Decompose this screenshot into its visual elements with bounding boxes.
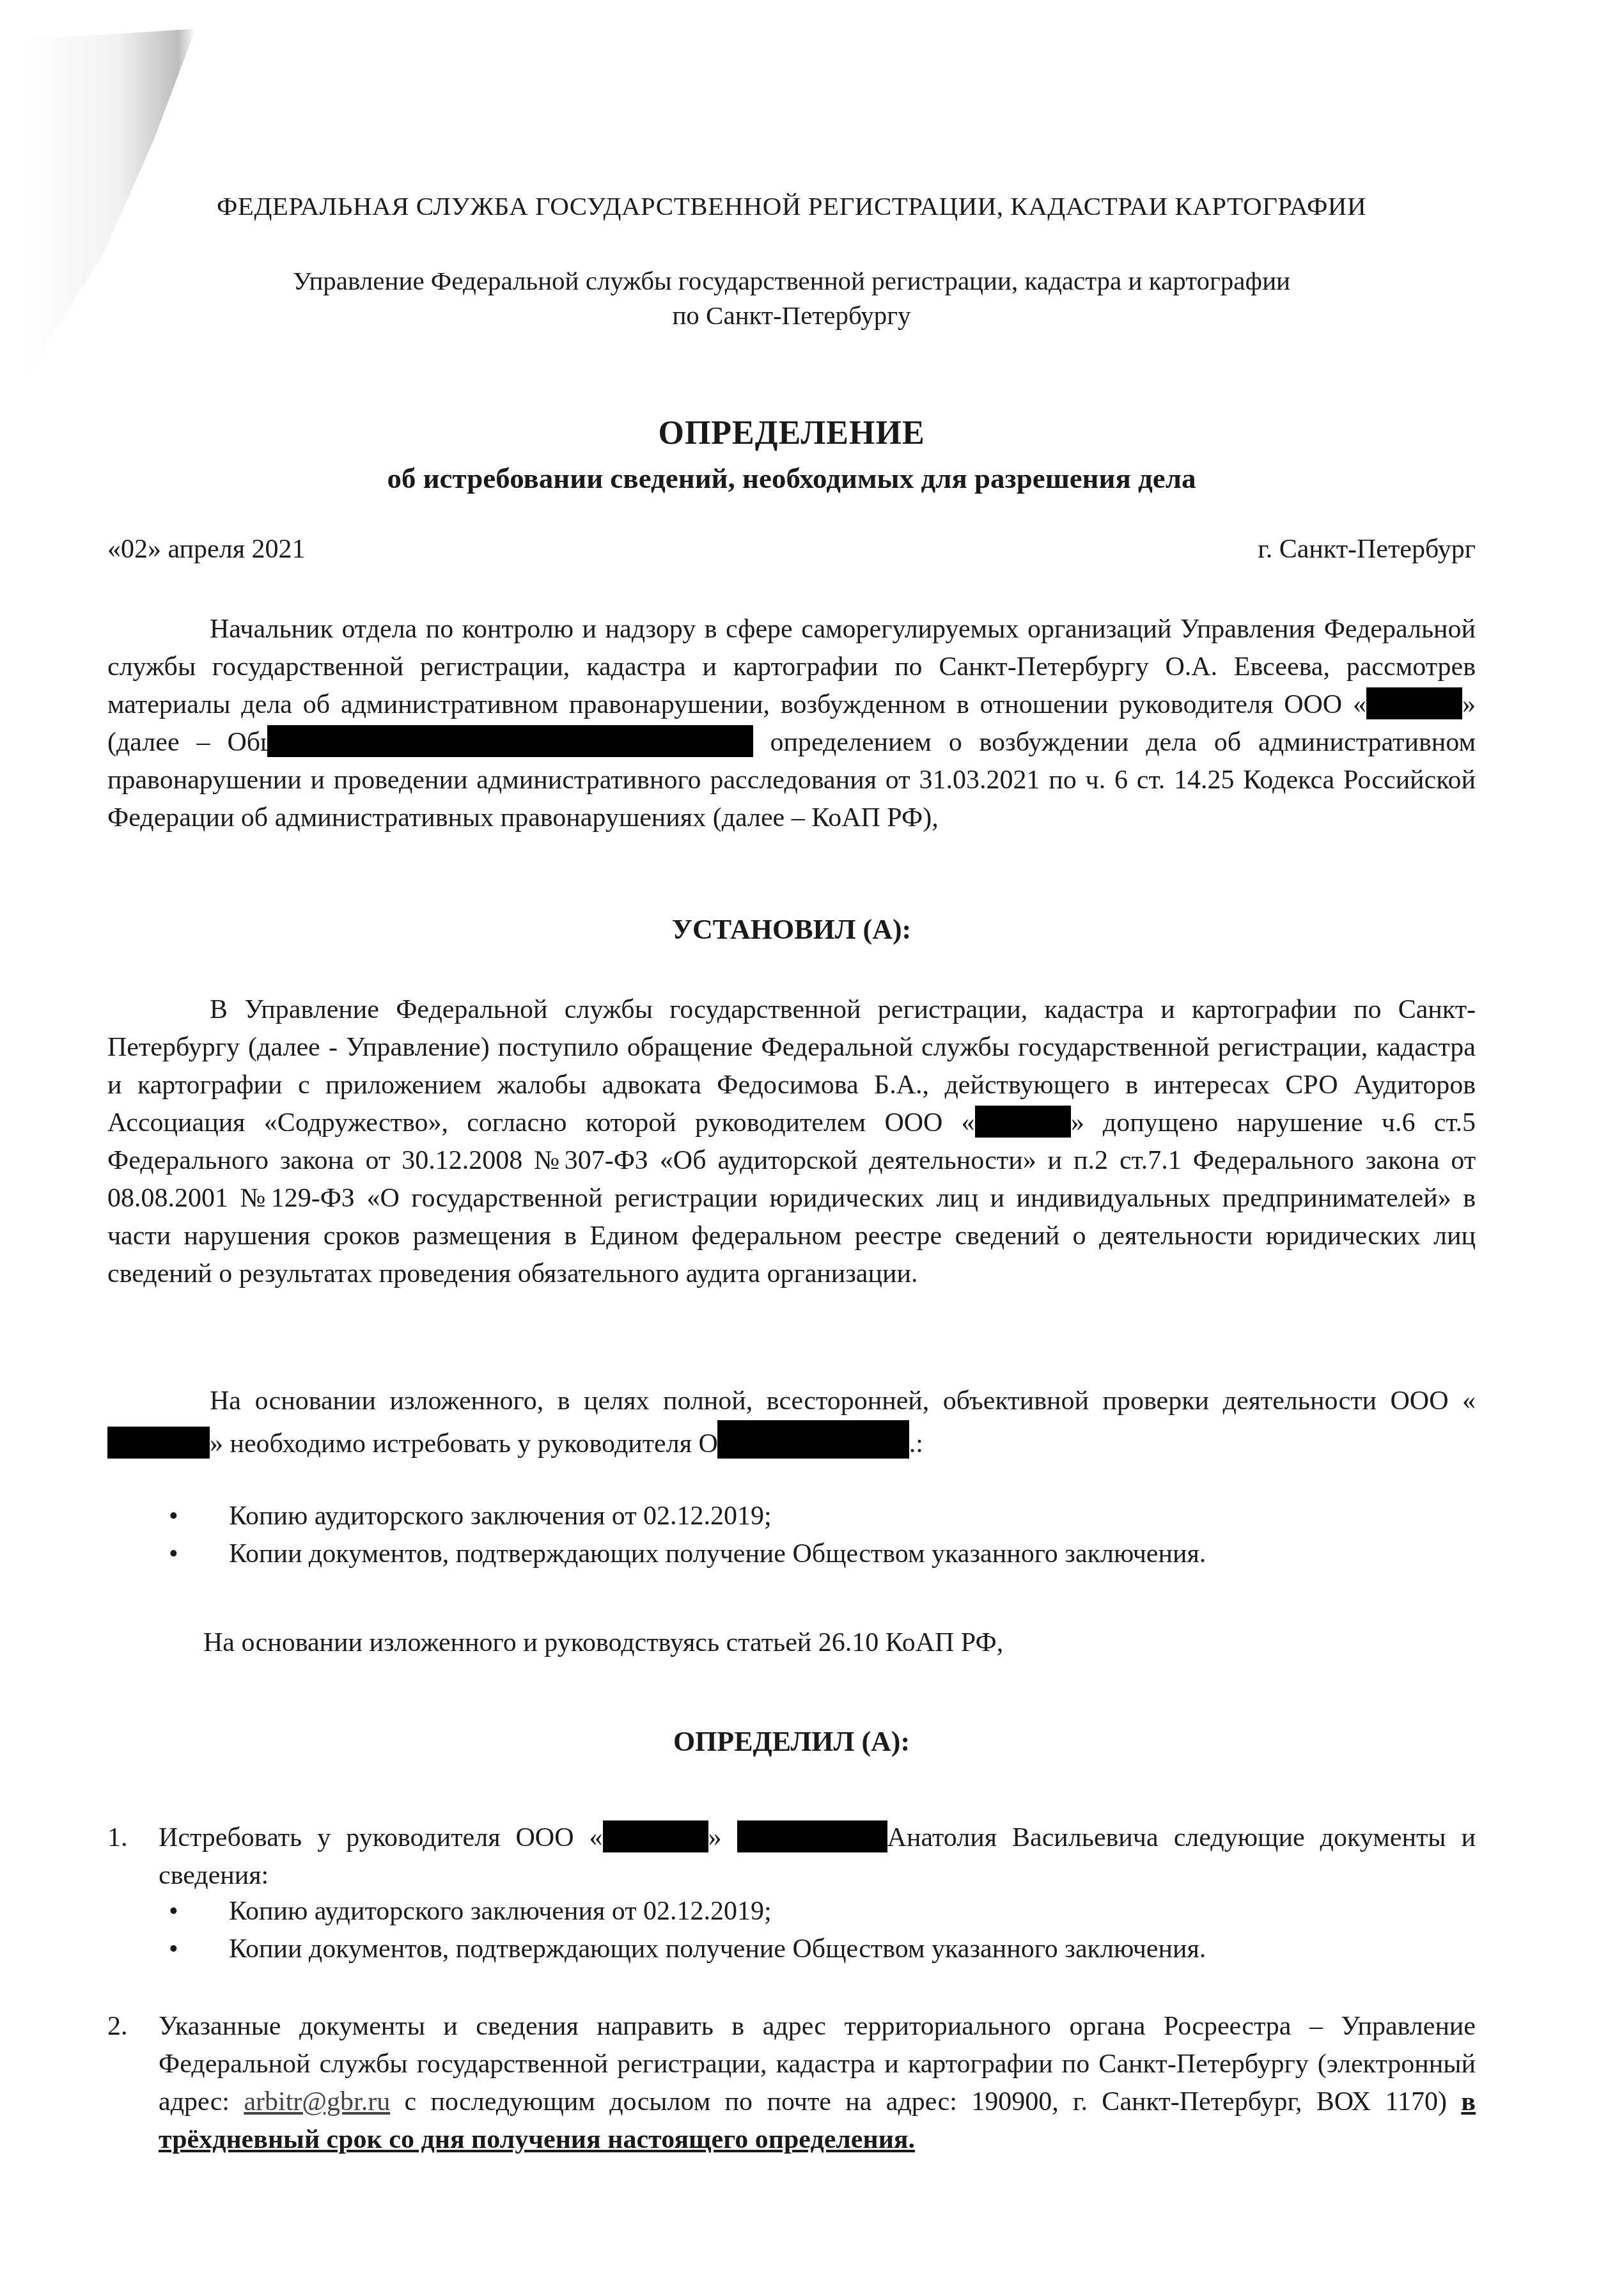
bullet-icon: • (169, 1498, 178, 1535)
redaction-block (737, 1820, 887, 1852)
redaction-block (267, 725, 753, 757)
document-subtitle: об истребовании сведений, необходимых дл… (107, 462, 1476, 495)
email-link[interactable]: arbitr@gbr.ru (244, 2087, 390, 2117)
document-title: ОПРЕДЕЛЕНИЕ (107, 414, 1476, 452)
established-paragraph-1: В Управление Федеральной службы государс… (107, 991, 1476, 1293)
redaction-block (107, 1427, 210, 1459)
item-number: 1. (107, 1819, 128, 1857)
determined-item-2: 2. Указанные документы и сведения направ… (107, 2008, 1476, 2159)
list-item-text: Копию аудиторского заключения от 02.12.2… (229, 1501, 772, 1531)
list-item-text: Копии документов, подтверждающих получен… (229, 1934, 1206, 1964)
redaction-block (717, 1420, 909, 1459)
list-item-text: Копии документов, подтверждающих получен… (229, 1539, 1206, 1569)
department-line-2: по Санкт-Петербургу (107, 298, 1476, 333)
bullet-icon: • (169, 1930, 178, 1968)
department-header: Управление Федеральной службы государств… (107, 263, 1476, 333)
requested-documents-list: •Копию аудиторского заключения от 02.12.… (107, 1498, 1476, 1573)
redaction-block (1366, 687, 1462, 719)
redaction-block (603, 1820, 708, 1852)
list-item: •Копии документов, подтверждающих получе… (107, 1930, 1476, 1968)
redaction-block (975, 1106, 1071, 1138)
document-date: «02» апреля 2021 (107, 534, 305, 565)
item-text-1: Истребовать у руководителя ООО « (159, 1823, 603, 1852)
basis-paragraph: На основании изложенного и руководствуяс… (107, 1624, 1476, 1662)
bullet-icon: • (169, 1535, 178, 1573)
established-text-3: На основании изложенного, в целях полной… (210, 1386, 1476, 1416)
item-text-2: с последующим досылом по почте на адрес:… (390, 2087, 1461, 2117)
item-body: Истребовать у руководителя ООО «» Анатол… (159, 1819, 1476, 1895)
intro-paragraph: Начальник отдела по контролю и надзору в… (107, 611, 1476, 837)
agency-header: ФЕДЕРАЛЬНАЯ СЛУЖБА ГОСУДАРСТВЕННОЙ РЕГИС… (107, 191, 1476, 221)
intro-text-1: Начальник отдела по контролю и надзору в… (107, 614, 1476, 719)
item-number: 2. (107, 2008, 128, 2046)
determined-item-1: 1. Истребовать у руководителя ООО «» Ана… (107, 1819, 1476, 1895)
section-heading-established: УСТАНОВИЛ (А): (107, 913, 1476, 946)
document-city: г. Санкт-Петербург (1258, 534, 1476, 565)
section-heading-determined: ОПРЕДЕЛИЛ (А): (107, 1725, 1476, 1758)
item-text-2: » (708, 1823, 737, 1852)
department-line-1: Управление Федеральной службы государств… (107, 263, 1476, 298)
established-paragraph-2: На основании изложенного, в целях полной… (107, 1382, 1476, 1463)
list-item: •Копию аудиторского заключения от 02.12.… (107, 1893, 1476, 1930)
list-item: •Копию аудиторского заключения от 02.12.… (107, 1498, 1476, 1535)
determined-documents-list: •Копию аудиторского заключения от 02.12.… (107, 1893, 1476, 1968)
established-text-5: .: (909, 1429, 923, 1459)
bullet-icon: • (169, 1893, 178, 1930)
item-body: Указанные документы и сведения направить… (159, 2008, 1476, 2159)
list-item-text: Копию аудиторского заключения от 02.12.2… (229, 1897, 772, 1926)
list-item: •Копии документов, подтверждающих получе… (107, 1535, 1476, 1573)
